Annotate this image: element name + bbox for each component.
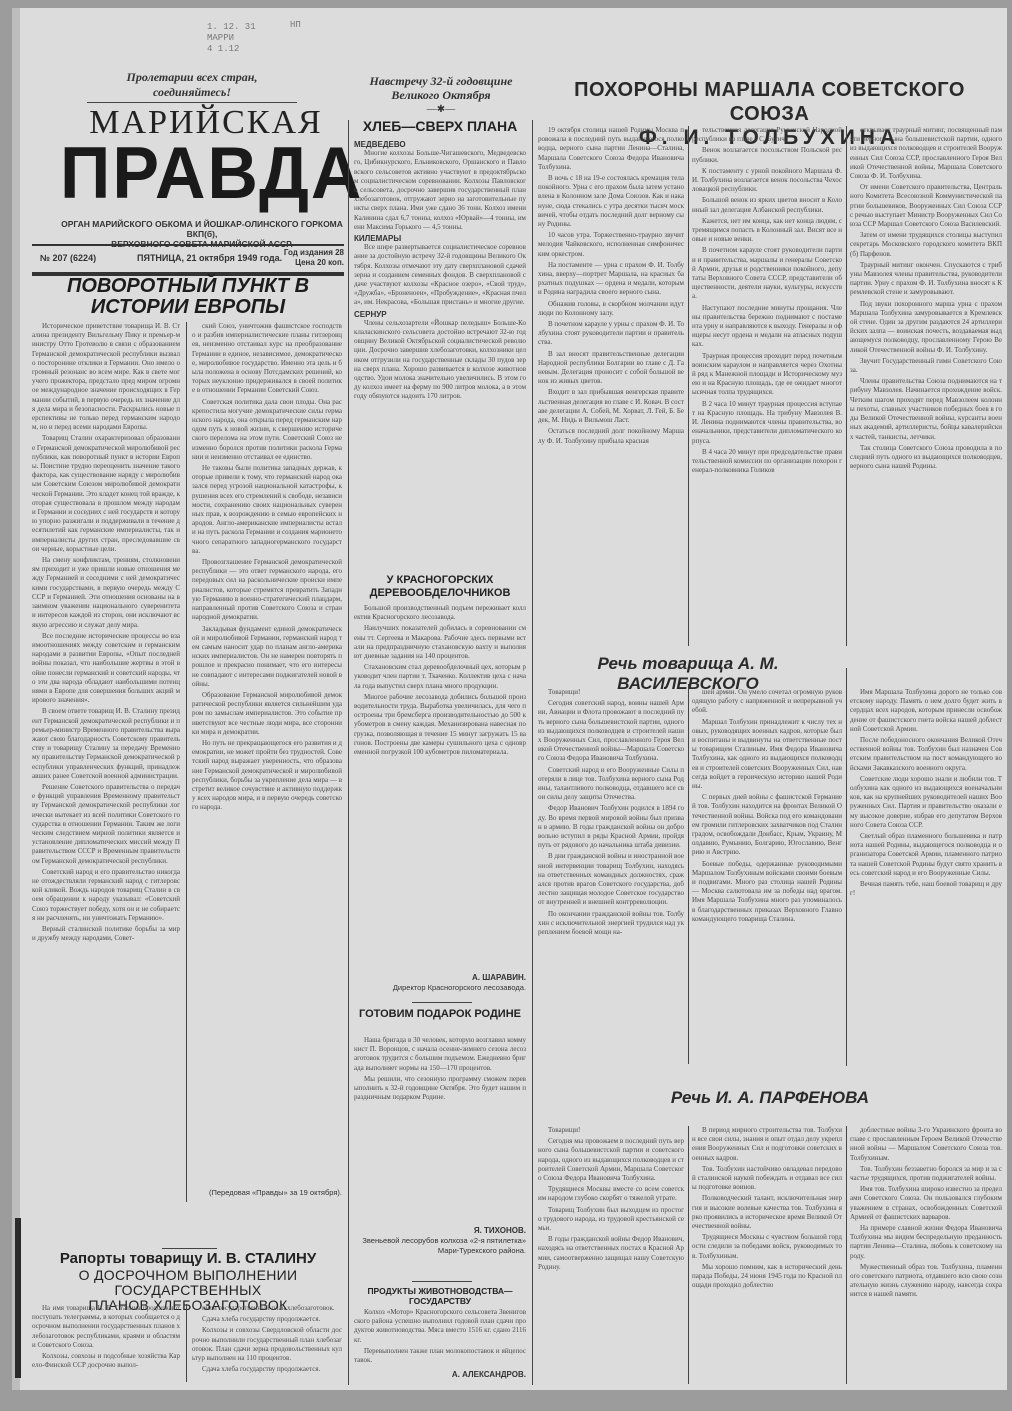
- paragraph: Сдача хлеба государству продолжается.: [192, 1365, 342, 1374]
- dateline: КИЛЕМАРЫ: [354, 234, 526, 243]
- paragraph: Звучит Государственный гимн Советского С…: [850, 357, 1002, 375]
- paragraph: Сдача хлеба государству продолжается.: [192, 1315, 342, 1324]
- speech-parfenov-title: Речь И. А. ПАРФЕНОВА: [538, 1088, 1002, 1108]
- paragraph: Остаться последний долг покойному Маршал…: [538, 427, 684, 445]
- column-rule: [532, 120, 533, 1385]
- article-woodworkers-body: Большой производственный подъем пережива…: [354, 604, 526, 939]
- paragraph: Закладывая фундамент единой демократичес…: [192, 625, 342, 689]
- organ-line: ОРГАН МАРИЙСКОГО ОБКОМА И ЙОШКАР-ОЛИНСКО…: [52, 219, 352, 239]
- column-rule: [846, 126, 847, 646]
- paragraph: Вечная память тебе, наш боевой товарищ и…: [850, 880, 1002, 898]
- paragraph: Сегодня мы провожаем в последний путь ве…: [538, 1137, 684, 1183]
- paragraph: В 2 часа 10 минут траурная процессия вст…: [692, 400, 842, 446]
- paragraph: ский Союз, уничтожив фашистское господст…: [192, 322, 342, 396]
- signature-name: А. АЛЕКСАНДРОВ.: [452, 1370, 526, 1379]
- center-divider: —✱—: [352, 104, 530, 115]
- paragraph: Кажется, нет им конца, как нет конца люд…: [692, 217, 842, 245]
- paragraph: 10 часов утра. Торжественно-траурно звуч…: [538, 231, 684, 259]
- paragraph: тельственная делегация Румынской Народно…: [692, 126, 842, 144]
- paragraph: Советский народ и его Вооруженные Силы п…: [538, 766, 684, 803]
- lead-article-col-2: ский Союз, уничтожив фашистское господст…: [192, 322, 342, 1194]
- speech-vasilevsky-col-1: Товарищи!Сегодня советский народ, воины …: [538, 688, 684, 1044]
- paragraph: открывает траурный митинг, посвященный п…: [850, 126, 1002, 181]
- paragraph: Венок возлагается посольством Польской р…: [692, 146, 842, 164]
- dateline: МЕДВЕДЕВО: [354, 140, 526, 149]
- article-woodworkers-title: У КРАСНОГОРСКИХ ДЕРЕВООБДЕЛОЧНИКОВ: [352, 574, 528, 600]
- paragraph: Маршал Толбухин принадлежит к числу тех …: [692, 718, 842, 792]
- paragraph: В период мирного строительства тов. Толб…: [692, 1126, 842, 1163]
- column-rule: [688, 1126, 689, 1384]
- paragraph: Но путь не прекращающегося его развития …: [192, 739, 342, 813]
- paragraph: Так столица Советского Союза проводила в…: [850, 444, 1002, 472]
- paragraph: Мы хорошо помним, как в исторический ден…: [692, 1263, 842, 1291]
- paragraph: В дни гражданской войны и иностранной во…: [538, 852, 684, 907]
- paragraph: Колхоз «Мотор» Красногорского сельсовета…: [354, 1308, 526, 1345]
- paragraph: По окончании гражданской войны тов. Толб…: [538, 910, 684, 938]
- article-livestock-signature: А. АЛЕКСАНДРОВ.: [354, 1370, 526, 1380]
- year-of-issue: Год издания 28: [284, 248, 344, 257]
- issue-year-price: Год издания 28 Цена 20 коп.: [284, 248, 344, 268]
- stamp-line: МАРРИ: [207, 33, 256, 44]
- divider: [162, 1248, 217, 1249]
- paragraph: Имя Маршала Толбухина дорого не только с…: [850, 688, 1002, 734]
- article-bread-body: МЕДВЕДЕВОМногие колхозы Больше-Чигашевск…: [354, 140, 526, 565]
- paragraph: Товарищи!: [538, 688, 684, 697]
- funeral-col-3: открывает траурный митинг, посвященный п…: [850, 126, 1002, 666]
- signature-name: Я. ТИХОНОВ.: [474, 1226, 526, 1235]
- paragraph: Члены сельхозартели «Йошкар пеледыш» Бол…: [354, 319, 526, 402]
- binding-strip: [15, 1218, 21, 1378]
- funeral-title-line: ПОХОРОНЫ МАРШАЛА СОВЕТСКОГО СОЮЗА: [537, 78, 1002, 126]
- masthead-motto: Пролетарии всех стран, соединяйтесь!: [87, 70, 297, 103]
- archive-stamp: 1. 12. 31 МАРРИ 4 1.12: [207, 22, 256, 55]
- paragraph: Образование Германской миролюбивой демок…: [192, 691, 342, 737]
- paragraph: Советские люди хорошо знали и любили тов…: [850, 775, 1002, 830]
- speech-parfenov-col-1: Товарищи!Сегодня мы провожаем в последни…: [538, 1126, 684, 1386]
- article-livestock-title: ПРОДУКТЫ ЖИВОТНОВОДСТВА— ГОСУДАРСТВУ: [352, 1286, 528, 1306]
- lead-article-col-1: Историческое приветствие товарища И. В. …: [32, 322, 180, 1204]
- paragraph: Не таковы были политика западных держав,…: [192, 464, 342, 556]
- divider: [412, 1002, 472, 1003]
- article-bread-title: ХЛЕБ—СВЕРХ ПЛАНА: [352, 118, 528, 134]
- paragraph: доблестные войны 3-го Украинского фронта…: [850, 1126, 1002, 1163]
- funeral-col-2: тельственная делегация Румынской Народно…: [692, 126, 842, 646]
- paragraph: Траурная процессия проходит перед почетн…: [692, 352, 842, 398]
- price: Цена 20 коп.: [295, 258, 344, 267]
- paragraph: Решение Советского правительства о перед…: [32, 783, 180, 866]
- paragraph: Наступают последние минуты прощания. Чле…: [692, 304, 842, 350]
- paragraph: Светлый образ пламенного большевика и па…: [850, 832, 1002, 878]
- reports-col-1: На имя товарища И. В. Сталина продолжают…: [32, 1304, 180, 1384]
- stamp-line: 1. 12. 31: [207, 22, 256, 33]
- paragraph: нили государственный план хлебозаготовок…: [192, 1304, 342, 1313]
- divider: [412, 1281, 472, 1282]
- paragraph: Стахановским стал деревообделочный цех, …: [354, 663, 526, 691]
- speech-vasilevsky-col-3: Имя Маршала Толбухина дорого не только с…: [850, 688, 1002, 1074]
- paragraph: Историческое приветствие товарища И. В. …: [32, 322, 180, 432]
- paragraph: С первых дней войны с фашистской Германи…: [692, 793, 842, 857]
- signature-role: Звеньевой лесорубов колхоза «2-я пятилет…: [362, 1236, 526, 1255]
- reports-subtitle: О ДОСРОЧНОМ ВЫПОЛНЕНИИ ГОСУДАРСТВЕННЫХ: [32, 1268, 344, 1298]
- paragraph: Все последние исторические процессы во в…: [32, 632, 180, 706]
- page-edge: [12, 8, 20, 1390]
- paragraph: Тов. Толбухин настойчиво овладевал перед…: [692, 1165, 842, 1193]
- lead-article-source: (Передовая «Правды» за 19 октября).: [192, 1188, 342, 1198]
- paragraph: Верный сталинской политике борьбы за мир…: [32, 925, 180, 943]
- paragraph: Перевыполнен также план молокопоставок и…: [354, 1347, 526, 1365]
- paragraph: Советская политика дала свои плоды. Она …: [192, 398, 342, 462]
- article-woodworkers-signature: А. ШАРАВИН. Директор Красногорского лесо…: [354, 973, 526, 993]
- column-rule: [186, 1304, 187, 1382]
- paragraph: На смену конфликтам, трениям, столкновен…: [32, 556, 180, 630]
- column-rule: [688, 684, 689, 1064]
- paragraph: В годы гражданской войны Федор Иванович,…: [538, 1235, 684, 1272]
- lead-article-title: ПОВОРОТНЫЙ ПУНКТ В ИСТОРИИ ЕВРОПЫ: [32, 276, 344, 318]
- signature-name: А. ШАРАВИН.: [472, 973, 526, 982]
- paragraph: В своем ответе товарищ И. В. Сталину пре…: [32, 707, 180, 781]
- paragraph: Траурный митинг окончен. Спускаются с тр…: [850, 261, 1002, 298]
- paragraph: Многое рабочие лесозавода добились больш…: [354, 693, 526, 757]
- dateline: СЕРНУР: [354, 310, 526, 319]
- paragraph: Тов. Толбухин беззаветно боролся за мир …: [850, 1165, 1002, 1183]
- paragraph: Провозглашение Германской демократическо…: [192, 558, 342, 622]
- paragraph: Федор Иванович Толбухин родился в 1894 г…: [538, 804, 684, 850]
- article-livestock-body: Колхоз «Мотор» Красногорского сельсовета…: [354, 1308, 526, 1368]
- reports-title: Рапорты товарищу И. В. СТАЛИНУ: [32, 1250, 344, 1268]
- article-gift-body: Наша бригада в 30 человек, которую возгл…: [354, 1036, 526, 1206]
- column-rule: [186, 322, 187, 1202]
- column-rule: [846, 668, 847, 1066]
- paragraph: Наилучших показателей добилась в соревно…: [354, 624, 526, 661]
- paragraph: Все шире развертывается социалистическое…: [354, 243, 526, 307]
- paragraph: Полководческий талант, исключительная эн…: [692, 1194, 842, 1231]
- paragraph: Входит в зал прибывшая венгерская правит…: [538, 388, 684, 425]
- center-kicker: Навстречу 32-й годовщине Великого Октябр…: [352, 74, 530, 102]
- paragraph: Товарищ Толбухин был выходцем из простог…: [538, 1206, 684, 1234]
- paragraph: Большой венок из ярких цветов вносит в К…: [692, 196, 842, 214]
- paragraph: Под звуки похоронного марша урна с прахо…: [850, 300, 1002, 355]
- paragraph: В почетном карауле у урны с прахом Ф. И.…: [538, 320, 684, 348]
- paragraph: От имени Советского правительства, Центр…: [850, 183, 1002, 229]
- paragraph: В ночь с 18 на 19-е состоялась кремация …: [538, 174, 684, 229]
- paragraph: К постаменту с урной покойного Маршала Ф…: [692, 167, 842, 195]
- issue-bar: № 207 (6224) ПЯТНИЦА, 21 октября 1949 го…: [32, 244, 344, 276]
- column-rule: [348, 120, 349, 1385]
- stamp-line: 4 1.12: [207, 44, 256, 55]
- funeral-col-1: 19 октября столица нашей Родины Москва п…: [538, 126, 684, 646]
- archive-stamp-mark: НП: [290, 20, 301, 30]
- paragraph: 19 октября столица нашей Родины Москва п…: [538, 126, 684, 172]
- paragraph: Члены правительства Союза поднимаются на…: [850, 377, 1002, 441]
- column-rule: [846, 1126, 847, 1384]
- paragraph: В почетном карауле стоят руководители па…: [692, 246, 842, 301]
- paragraph: Товарищи!: [538, 1126, 684, 1135]
- newspaper-page: 1. 12. 31 МАРРИ 4 1.12 НП Пролетарии все…: [12, 8, 1007, 1390]
- signature-role: Директор Красногорского лесозавода.: [393, 983, 526, 992]
- paragraph: Наша бригада в 30 человек, которую возгл…: [354, 1036, 526, 1073]
- paragraph: Товарищ Сталин охарактеризовал образован…: [32, 434, 180, 554]
- paragraph: На примере славной жизни Федора Иванович…: [850, 1224, 1002, 1261]
- paragraph: Боевые победы, одержанные руководимыми М…: [692, 860, 842, 924]
- paragraph: На имя товарища И. В. Сталина продолжают…: [32, 1304, 180, 1350]
- paragraph: Затем от имени трудящихся столицы выступ…: [850, 231, 1002, 259]
- paragraph: Колхозы и совхозы Свердловской области д…: [192, 1326, 342, 1363]
- article-gift-title: ГОТОВИМ ПОДАРОК РОДИНЕ: [352, 1008, 528, 1021]
- paragraph: Колхозы, совхозы и подсобные хозяйства К…: [32, 1352, 180, 1370]
- speech-vasilevsky-col-2: шей армии. Он умело сочетал огромную рук…: [692, 688, 842, 1064]
- column-rule: [688, 126, 689, 646]
- paragraph: Советский народ и его правительство нико…: [32, 868, 180, 923]
- speech-parfenov-col-2: В период мирного строительства тов. Толб…: [692, 1126, 842, 1386]
- paragraph: Сегодня советский народ, воины нашей Арм…: [538, 699, 684, 763]
- reports-col-2: нили государственный план хлебозаготовок…: [192, 1304, 342, 1384]
- paragraph: В 4 часа 20 минут при председательстве п…: [692, 448, 842, 476]
- paragraph: Большой производственный подъем пережива…: [354, 604, 526, 622]
- masthead-title-main: ПРАВДА: [60, 134, 350, 212]
- issue-number: № 207 (6224): [40, 253, 96, 263]
- paragraph: Многие колхозы Больше-Чигашевского, Медв…: [354, 149, 526, 232]
- paragraph: Обнажив головы, в скорбном молчании идут…: [538, 300, 684, 318]
- paragraph: Трудящиеся Москвы с чувством большой гор…: [692, 1233, 842, 1261]
- paragraph: Мужественный образ тов. Толбухина, пламе…: [850, 1263, 1002, 1300]
- paragraph: Трудящиеся Москвы вместе со всем советск…: [538, 1185, 684, 1203]
- paragraph: В зал вносят правительственные делегации…: [538, 350, 684, 387]
- paragraph: После победоносного окончания Великой От…: [850, 736, 1002, 773]
- paragraph: На постаменте — урна с прахом Ф. И. Толб…: [538, 261, 684, 298]
- issue-date: ПЯТНИЦА, 21 октября 1949 года.: [137, 253, 282, 263]
- article-gift-signature: Я. ТИХОНОВ. Звеньевой лесорубов колхоза …: [354, 1226, 526, 1256]
- paragraph: Имя тов. Толбухина широко известно за пр…: [850, 1185, 1002, 1222]
- speech-parfenov-col-3: доблестные войны 3-го Украинского фронта…: [850, 1126, 1002, 1386]
- paragraph: шей армии. Он умело сочетал огромную рук…: [692, 688, 842, 716]
- paragraph: Мы решили, что сезонную программу сможем…: [354, 1075, 526, 1103]
